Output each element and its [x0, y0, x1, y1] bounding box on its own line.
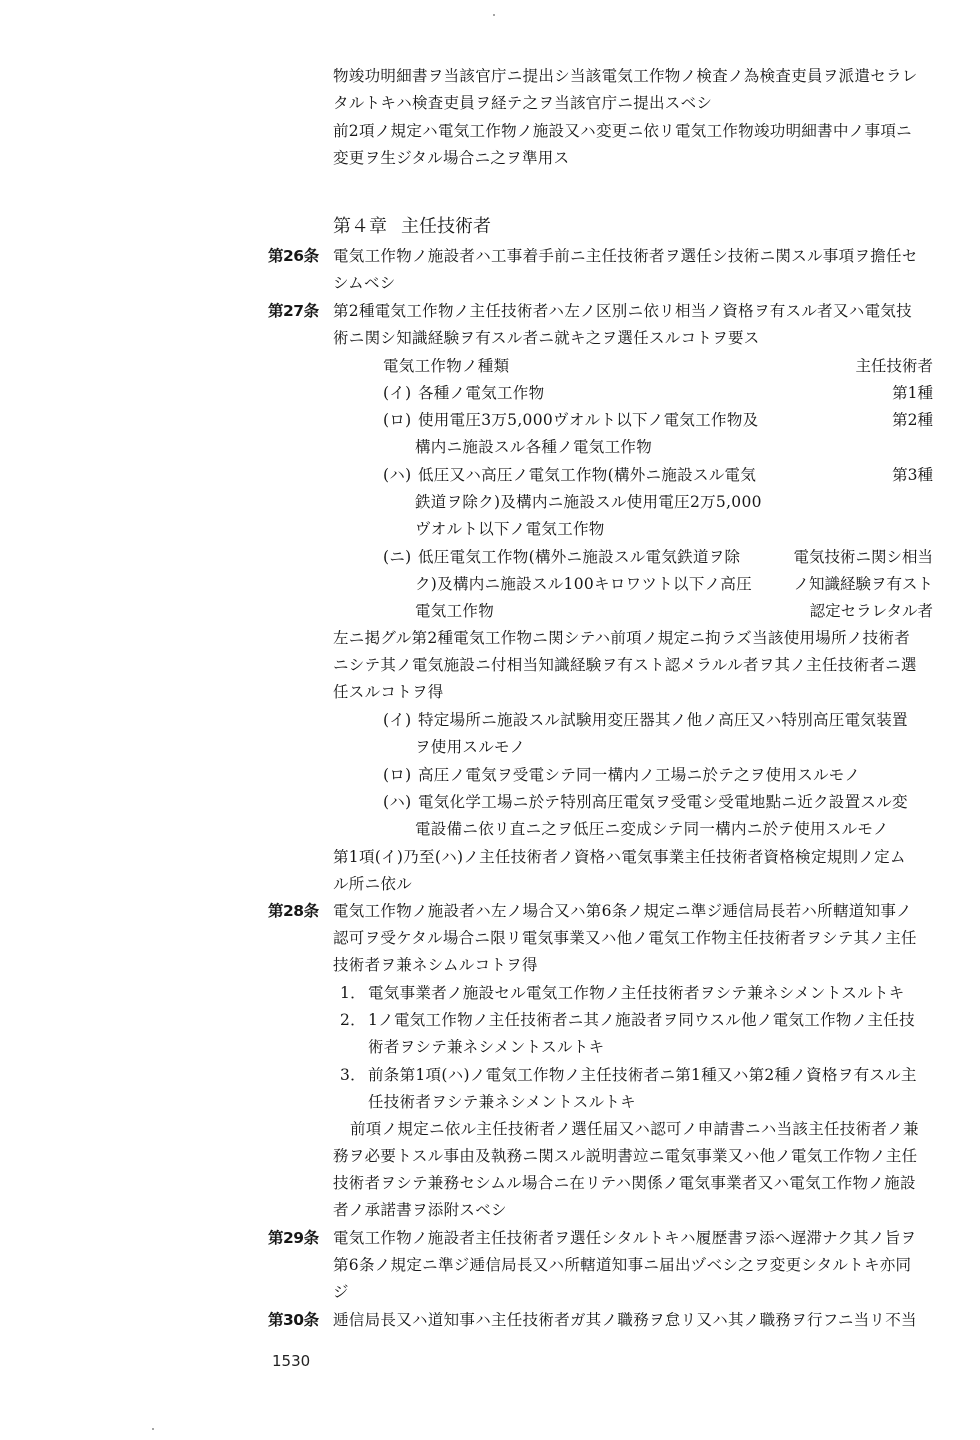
- body-line: 第6条ノ規定ニ準ジ逓信局長又ハ所轄道知事ニ届出ヅベシ之ヲ変更シタルトキ亦同: [333, 1255, 911, 1275]
- item-text: ヲ使用スルモノ: [415, 737, 525, 757]
- table-row-grade: 第1種: [892, 383, 933, 403]
- article-label-28: 第28条: [268, 901, 319, 921]
- body-line: 者ノ承諾書ヲ添附スベシ: [333, 1200, 507, 1220]
- table-row-marker: (ニ): [383, 547, 412, 567]
- body-line: 務ヲ必要トスル事由及執務ニ関スル説明書竝ニ電気事業又ハ他ノ電気工作物ノ主任: [333, 1146, 917, 1166]
- body-line: 任スルコトヲ得: [333, 682, 444, 702]
- body-line: 前2項ノ規定ハ電気工作物ノ施設又ハ変更ニ依リ電気工作物竣功明細書中ノ事項ニ: [333, 121, 912, 141]
- item-text: 1ノ電気工作物ノ主任技術者ニ其ノ施設者ヲ同ウスル他ノ電気工作物ノ主任技: [368, 1010, 915, 1030]
- table-row-grade: 認定セラレタル者: [810, 601, 933, 621]
- body-line: 第1項(イ)乃至(ハ)ノ主任技術者ノ資格ハ電気事業主任技術者資格検定規則ノ定ム: [333, 847, 906, 867]
- table-header-engineer: 主任技術者: [855, 356, 933, 376]
- item-text: 術者ヲシテ兼ネシメントスルトキ: [368, 1037, 604, 1057]
- body-line: 認可ヲ受ケタル場合ニ限リ電気事業又ハ他ノ電気工作物主任技術者ヲシテ其ノ主任: [333, 928, 917, 948]
- article-label-29: 第29条: [268, 1228, 319, 1248]
- chapter-heading: 第４章主任技術者: [333, 216, 491, 238]
- table-row-marker: (ハ): [383, 465, 412, 485]
- item-text: 特定場所ニ施設スル試験用変圧器其ノ他ノ高圧又ハ特別高圧電気装置: [418, 710, 908, 730]
- body-line: 逓信局長又ハ道知事ハ主任技術者ガ其ノ職務ヲ怠リ又ハ其ノ職務ヲ行フニ当リ不当: [333, 1310, 917, 1330]
- item-text: 任技術者ヲシテ兼ネシメントスルトキ: [368, 1092, 636, 1112]
- body-line: タルトキハ検査吏員ヲ経テ之ヲ当該官庁ニ提出スベシ: [333, 93, 712, 113]
- item-text: 前条第1項(ハ)ノ電気工作物ノ主任技術者ニ第1種又ハ第2種ノ資格ヲ有スル主: [368, 1065, 917, 1085]
- document-page: 物竣功明細書ヲ当該官庁ニ提出シ当該電気工作物ノ検査ノ為検査吏員ヲ派遣セラレ タル…: [0, 0, 980, 1440]
- body-line: シムベシ: [333, 273, 396, 293]
- table-row-grade: 第2種: [892, 410, 933, 430]
- body-line: 術ニ関シ知識経験ヲ有スル者ニ就キ之ヲ選任スルコトヲ要ス: [333, 328, 760, 348]
- table-row-text: 低圧又ハ高圧ノ電気工作物(構外ニ施設スル電気: [418, 465, 756, 485]
- body-line: 技術者ヲ兼ネシムルコトヲ得: [333, 955, 538, 975]
- body-line: 前項ノ規定ニ依ル主任技術者ノ選任届又ハ認可ノ申請書ニハ当該主任技術者ノ兼: [350, 1119, 919, 1139]
- body-line: 物竣功明細書ヲ当該官庁ニ提出シ当該電気工作物ノ検査ノ為検査吏員ヲ派遣セラレ: [333, 66, 918, 86]
- table-row-grade: 電気技術ニ関シ相当: [793, 547, 933, 567]
- scan-speck: [493, 14, 495, 16]
- table-row-text: 各種ノ電気工作物: [418, 383, 544, 403]
- item-marker: 3．: [340, 1065, 366, 1085]
- item-marker: (イ): [383, 710, 412, 730]
- item-marker: (ハ): [383, 792, 412, 812]
- table-row-text: 使用電圧3万5,000ヴオルト以下ノ電気工作物及: [418, 410, 758, 430]
- article-label-30: 第30条: [268, 1310, 319, 1330]
- article-label-26: 第26条: [268, 246, 319, 266]
- body-line: 第2種電気工作物ノ主任技術者ハ左ノ区別ニ依リ相当ノ資格ヲ有スル者又ハ電気技: [333, 301, 912, 321]
- body-line: 左ニ掲グル第2種電気工作物ニ関シテハ前項ノ規定ニ拘ラズ当該使用場所ノ技術者: [333, 628, 910, 648]
- item-marker: (ロ): [383, 765, 412, 785]
- table-row-grade: ノ知識経験ヲ有スト: [793, 574, 933, 594]
- body-line: 電気工作物ノ施設者ハ工事着手前ニ主任技術者ヲ選任シ技術ニ関スル事項ヲ擔任セ: [333, 246, 918, 266]
- body-line: 電気工作物ノ施設者ハ左ノ場合又ハ第6条ノ規定ニ準ジ逓信局長若ハ所轄道知事ノ: [333, 901, 912, 921]
- item-marker: 2．: [340, 1010, 366, 1030]
- body-line: 技術者ヲシテ兼務セシムル場合ニ在リテハ関係ノ電気事業者又ハ電気工作物ノ施設: [333, 1173, 916, 1193]
- chapter-number: 第４章: [333, 216, 387, 237]
- article-label-27: 第27条: [268, 301, 319, 321]
- body-line: 電気工作物ノ施設者主任技術者ヲ選任シタルトキハ履歴書ヲ添ヘ遅滞ナク其ノ旨ヲ: [333, 1228, 916, 1248]
- item-text: 高圧ノ電気ヲ受電シテ同一構内ノ工場ニ於テ之ヲ使用スルモノ: [418, 765, 860, 785]
- table-row-grade: 第3種: [892, 465, 933, 485]
- table-row-text: ヴオルト以下ノ電気工作物: [415, 519, 605, 539]
- table-row-marker: (イ): [383, 383, 412, 403]
- body-line: ジ: [333, 1282, 349, 1302]
- table-row-text: 低圧電気工作物(構外ニ施設スル電気鉄道ヲ除: [418, 547, 740, 567]
- item-text: 電気事業者ノ施設セル電気工作物ノ主任技術者ヲシテ兼ネシメントスルトキ: [368, 983, 905, 1003]
- table-row-text: ク)及構内ニ施設スル100キロワツト以下ノ高圧: [415, 574, 752, 594]
- table-row-marker: (ロ): [383, 410, 412, 430]
- body-line: 変更ヲ生ジタル場合ニ之ヲ準用ス: [333, 148, 569, 168]
- item-text: 電気化学工場ニ於テ特別高圧電気ヲ受電シ受電地點ニ近ク設置スル変: [418, 792, 908, 812]
- chapter-title: 主任技術者: [401, 216, 491, 237]
- table-row-text: 鉄道ヲ除ク)及構内ニ施設スル使用電圧2万5,000: [415, 492, 762, 512]
- table-header-type: 電気工作物ノ種類: [383, 356, 509, 376]
- body-line: ニシテ其ノ電気施設ニ付相当知識経験ヲ有スト認メラルル者ヲ其ノ主任技術者ニ選: [333, 655, 917, 675]
- scan-speck: [152, 1428, 154, 1430]
- body-line: ル所ニ依ル: [333, 874, 412, 894]
- item-text: 電設備ニ依リ直ニ之ヲ低圧ニ変成シテ同一構内ニ於テ使用スルモノ: [415, 819, 889, 839]
- page-number: 1530: [272, 1352, 310, 1370]
- item-marker: 1．: [340, 983, 366, 1003]
- table-row-text: 電気工作物: [415, 601, 494, 621]
- table-row-text: 構内ニ施設スル各種ノ電気工作物: [415, 437, 652, 457]
